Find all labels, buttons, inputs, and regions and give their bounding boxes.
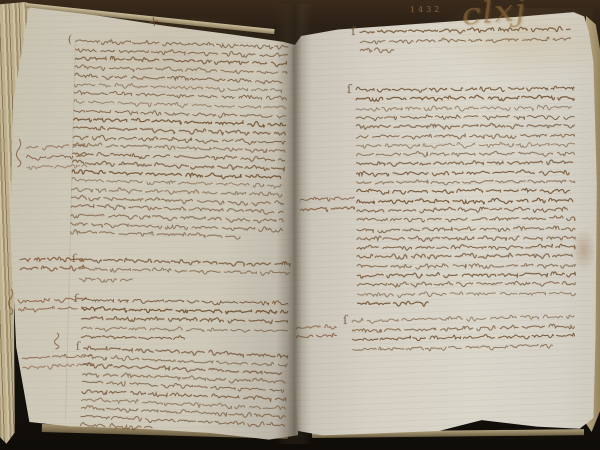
left-para-3: ſ [82,295,288,299]
right-para-3: ſ [352,311,574,316]
left-note-2 [20,254,84,255]
right-note-1 [300,193,354,195]
handwriting-line [296,331,336,344]
handwriting-layer: (ſſſſſſ [0,0,600,450]
right-para-2: ſ [356,83,574,85]
left-flourish-2 [6,289,16,315]
paragraph-mark: ſ [347,83,352,95]
left-flourish-1 [14,139,24,167]
handwriting-line [357,298,433,311]
left-para-4: ſ [84,343,288,352]
handwriting-line [18,303,86,317]
left-note-4 [22,350,92,354]
right-note-2 [296,322,336,323]
handwriting-line [300,203,354,217]
handwriting-line [80,420,152,435]
paragraph-mark: ſ [351,25,356,37]
paragraph-mark: ſ [343,314,348,326]
right-para-1: ſ [360,24,570,27]
manuscript-photo: + 1432 clxj (ſſſſſſ [0,0,600,450]
paragraph-mark: ( [68,34,73,45]
left-note-3 [18,294,86,296]
left-para-2: ſ [80,255,290,259]
left-note-1 [26,141,86,143]
left-flourish-3 [52,333,62,349]
handwriting-line [20,263,84,276]
handwriting-line [79,274,132,287]
left-para-1: ( [76,36,288,42]
handwriting-line [27,161,87,175]
handwriting-line [360,45,398,58]
